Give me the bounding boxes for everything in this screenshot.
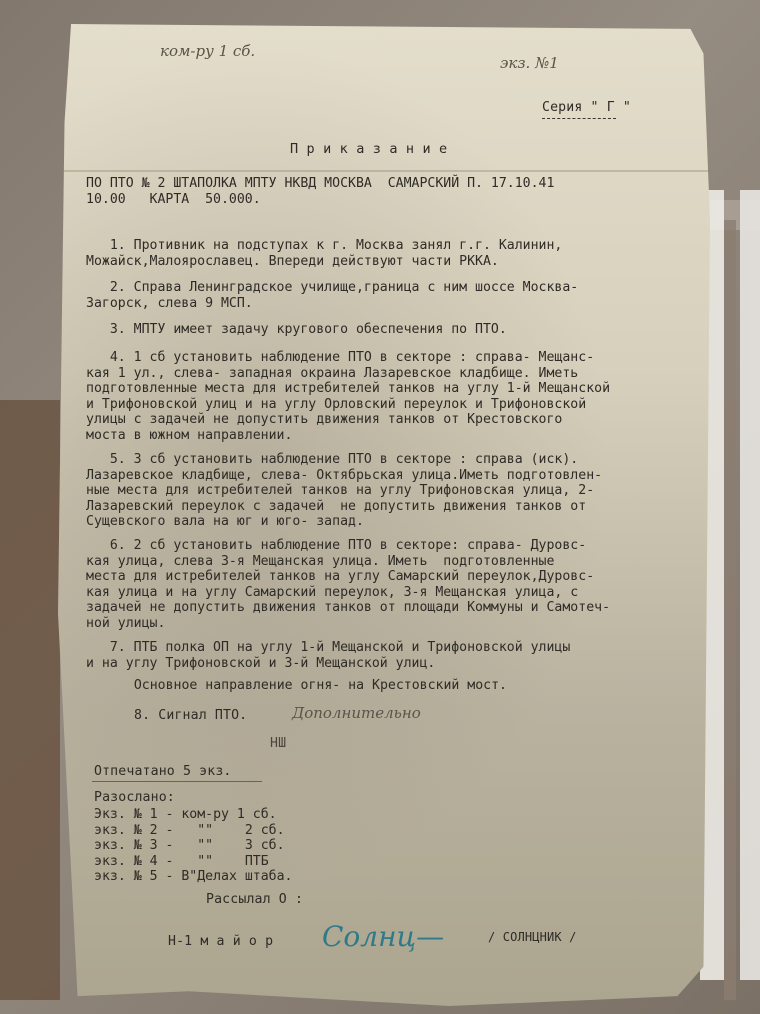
handwritten-copy-number: экз. №1 <box>500 54 559 72</box>
text-line: подготовленные места для истребителей та… <box>86 381 706 397</box>
text-line: и на углу Трифоновской и 3-й Мещанской у… <box>86 656 706 672</box>
paragraph-5: 5. 3 сб установить наблюдение ПТО в сект… <box>86 452 706 530</box>
series-label: Серия " Г " <box>542 100 631 115</box>
header-block: ПО ПТО № 2 ШТАПОЛКА МПТУ НКВД МОСКВА САМ… <box>86 176 706 207</box>
text-line: 3. МПТУ имеет задачу кругового обеспечен… <box>86 322 706 338</box>
fire-direction: Основное направление огня- на Крестовски… <box>110 678 730 694</box>
handwritten-recipient: ком-ру 1 сб. <box>160 42 255 60</box>
signal-typed: 8. Сигнал ПТО. <box>134 708 247 723</box>
text-line: ной улицы. <box>86 616 706 632</box>
text-line: кая 1 ул., слева- западная окраина Лазар… <box>86 366 706 382</box>
text-line: кая улица и на углу Самарский переулок, … <box>86 585 706 601</box>
sent-by: Рассылал О : <box>206 892 303 907</box>
window-reflection <box>740 190 760 980</box>
distribution-item: Экз. № 1 - ком-ру 1 сб. <box>94 807 714 823</box>
distribution-item: экз. № 5 - В"Делах штаба. <box>94 869 714 885</box>
text-line: Лазаревский переулок с задачей не допуст… <box>86 499 706 515</box>
paragraph-1: 1. Противник на подступах к г. Москва за… <box>86 238 706 269</box>
window-frame-post <box>724 220 736 1000</box>
text-line: моста в южном направлении. <box>86 428 706 444</box>
text-line: 2. Справа Ленинградское училище,граница … <box>86 280 706 296</box>
text-line: 4. 1 сб установить наблюдение ПТО в сект… <box>86 350 706 366</box>
signer-name: / СОЛНЦНИК / <box>488 930 577 945</box>
text-line: Загорск, слева 9 МСП. <box>86 296 706 312</box>
paragraph-7: 7. ПТБ полка ОП на углу 1-й Мещанской и … <box>86 640 706 671</box>
text-line: места для истребителей танков на углу Са… <box>86 569 706 585</box>
distributed-label: Разослано: <box>94 790 175 805</box>
distribution-item: экз. № 4 - "" ПТБ <box>94 854 714 870</box>
distribution-item: экз. № 2 - "" 2 сб. <box>94 823 714 839</box>
text-line: 7. ПТБ полка ОП на углу 1-й Мещанской и … <box>86 640 706 656</box>
text-line: Можайск,Малоярославец. Впереди действуют… <box>86 254 706 270</box>
distribution-item: экз. № 3 - "" 3 сб. <box>94 838 714 854</box>
signature: Солнц— <box>322 920 444 953</box>
printed-underline <box>92 781 262 782</box>
ns-label: НШ <box>270 736 286 751</box>
header-line: ПО ПТО № 2 ШТАПОЛКА МПТУ НКВД МОСКВА САМ… <box>86 176 706 192</box>
shadow <box>0 400 60 1000</box>
signer-rank: Н-1 м а й о р <box>168 934 273 949</box>
paper-fold <box>58 170 710 172</box>
text-line: Сущевского вала на юг и юго- запад. <box>86 514 706 530</box>
text-line: улицы с задачей не допустить движения та… <box>86 412 706 428</box>
text-line: задачей не допустить движения танков от … <box>86 600 706 616</box>
text-line: ные места для истребителей танков на угл… <box>86 483 706 499</box>
paragraph-2: 2. Справа Ленинградское училище,граница … <box>86 280 706 311</box>
text-line: Основное направление огня- на Крестовски… <box>110 678 730 694</box>
text-line: 1. Противник на подступах к г. Москва за… <box>86 238 706 254</box>
header-line: 10.00 КАРТА 50.000. <box>86 192 706 208</box>
text-line: Лазаревское кладбище, слева- Октябрьская… <box>86 468 706 484</box>
printed-copies: Отпечатано 5 экз. <box>94 764 232 779</box>
paragraph-6: 6. 2 сб установить наблюдение ПТО в сект… <box>86 538 706 632</box>
paragraph-3: 3. МПТУ имеет задачу кругового обеспечен… <box>86 322 706 338</box>
text-line: 5. 3 сб установить наблюдение ПТО в сект… <box>86 452 706 468</box>
text-line: 6. 2 сб установить наблюдение ПТО в сект… <box>86 538 706 554</box>
signal-handwritten: Дополнительно <box>292 704 421 722</box>
distribution-list: Экз. № 1 - ком-ру 1 сб. экз. № 2 - "" 2 … <box>94 807 714 885</box>
text-line: кая улица, слева 3-я Мещанская улица. Им… <box>86 554 706 570</box>
text-line: и Трифоновской улиц и на углу Орловский … <box>86 397 706 413</box>
document-title: П р и к а з а н и е <box>290 142 447 157</box>
paragraph-4: 4. 1 сб установить наблюдение ПТО в сект… <box>86 350 706 444</box>
series-underline <box>542 118 616 119</box>
